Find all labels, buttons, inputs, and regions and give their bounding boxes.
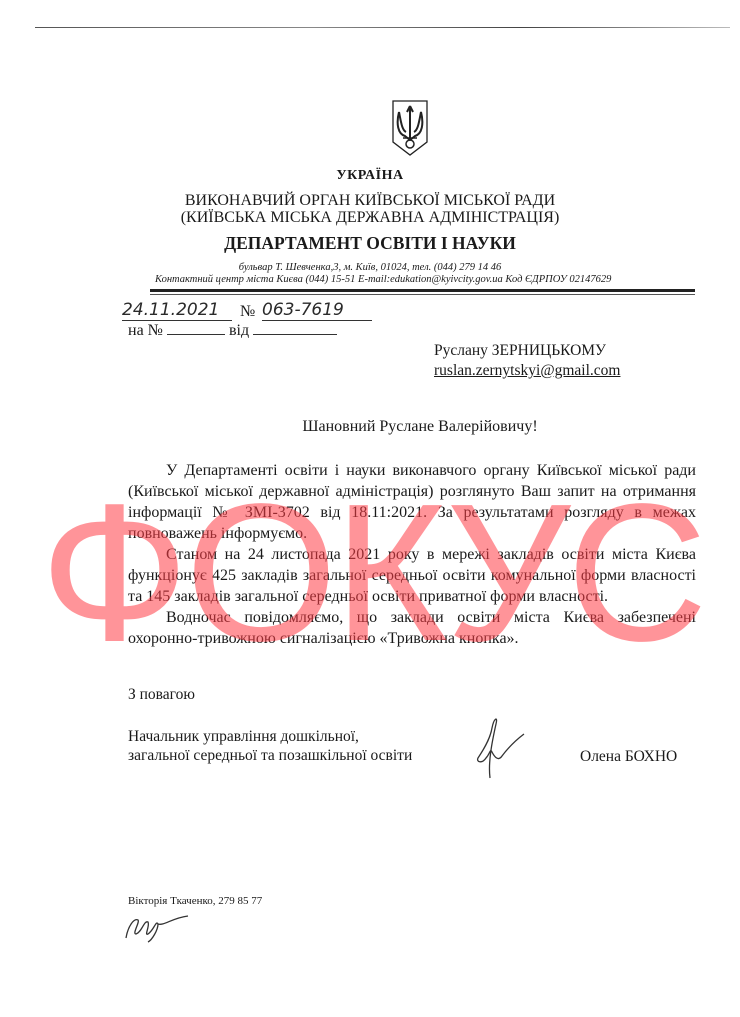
paragraph-text: Водночас повідомляємо, що заклади освіти… xyxy=(128,607,696,649)
reply-to-blank xyxy=(167,322,225,335)
body-paragraph-1: У Департаменті освіти і науки виконавчог… xyxy=(128,460,696,544)
letterhead-divider xyxy=(150,289,695,292)
closing: З повагою xyxy=(128,686,195,704)
executor-initials-icon xyxy=(122,910,192,944)
department-address: бульвар Т. Шевченка,3, м. Київ, 01024, т… xyxy=(90,262,650,273)
organization-line-2: (КИЇВСЬКА МІСЬКА ДЕРЖАВНА АДМІНІСТРАЦІЯ) xyxy=(90,209,650,227)
trident-emblem-icon xyxy=(390,98,430,158)
signatory-name: Олена БОХНО xyxy=(580,748,677,766)
handwritten-signature-icon xyxy=(468,712,528,782)
reference-line: на № від xyxy=(128,322,337,340)
country-name: УКРАЇНА xyxy=(90,168,650,184)
department-name: ДЕПАРТАМЕНТ ОСВІТИ І НАУКИ xyxy=(90,233,650,254)
body-paragraph-3: Водночас повідомляємо, що заклади освіти… xyxy=(128,607,696,649)
from-label: від xyxy=(229,322,249,339)
from-blank xyxy=(253,322,337,335)
scan-edge-line xyxy=(35,27,730,28)
reply-to-label: на № xyxy=(128,322,163,339)
registration-number: 063-7619 xyxy=(262,300,372,321)
registration-number-label: № xyxy=(240,303,255,321)
executor-contact: Вікторія Ткаченко, 279 85 77 xyxy=(128,895,262,907)
organization-line-1: ВИКОНАВЧИЙ ОРГАН КИЇВСЬКОЇ МІСЬКОЇ РАДИ xyxy=(90,192,650,210)
registration-date: 24.11.2021 xyxy=(122,300,232,321)
recipient-email[interactable]: ruslan.zernytskyi@gmail.com xyxy=(434,362,620,380)
salutation: Шановний Руслане Валерійовичу! xyxy=(120,418,720,436)
letterhead-divider-thin xyxy=(150,294,695,295)
signatory-title-line-1: Начальник управління дошкільної, xyxy=(128,728,359,746)
department-contact: Контактний центр міста Києва (044) 15-51… xyxy=(155,274,611,285)
body-paragraph-2: Станом на 24 листопада 2021 року в мереж… xyxy=(128,544,696,607)
recipient-name: Руслану ЗЕРНИЦЬКОМУ xyxy=(434,342,606,360)
paragraph-text: У Департаменті освіти і науки виконавчог… xyxy=(128,460,696,544)
signatory-title-line-2: загальної середньої та позашкільної осві… xyxy=(128,747,412,765)
paragraph-text: Станом на 24 листопада 2021 року в мереж… xyxy=(128,544,696,607)
